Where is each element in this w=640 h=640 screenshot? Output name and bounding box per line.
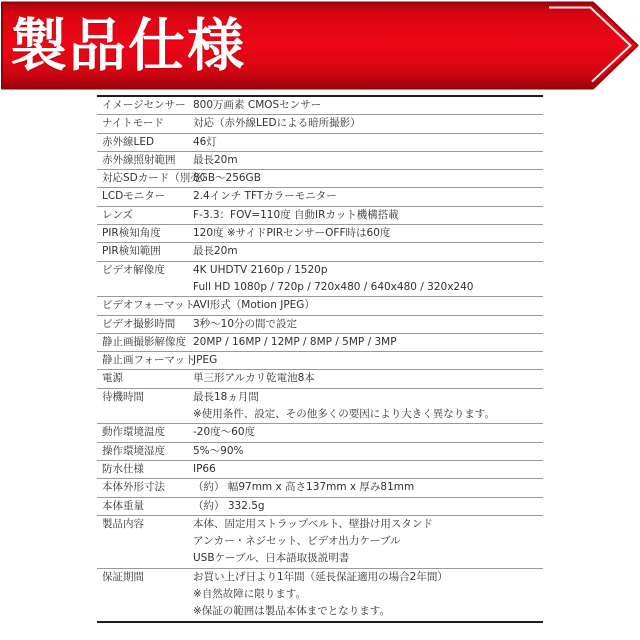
spec-row: 製品内容本体、固定用ストラップベルト、壁掛け用スタンドアンカー・ネジセット、ビデ… bbox=[97, 515, 543, 568]
spec-label: 静止画フォーマット bbox=[97, 352, 193, 369]
spec-row: 赤外線LED46灯 bbox=[97, 133, 543, 151]
spec-label: レンズ bbox=[97, 207, 193, 224]
spec-value: 最長18ヵ月間※使用条件、設定、その他多くの要因により大きく異なります。 bbox=[193, 389, 543, 424]
spec-value: お買い上げ日より1年間（延長保証適用の場合2年間）※自然故障に限ります。※保証の… bbox=[193, 569, 543, 621]
spec-row: ビデオ撮影時間3秒～10分の間で設定 bbox=[97, 315, 543, 333]
spec-value-line: ※自然故障に限ります。 bbox=[193, 586, 543, 603]
spec-table: イメージセンサー800万画素 CMOSセンサーナイトモード対応（赤外線LEDによ… bbox=[97, 95, 543, 623]
spec-value: 800万画素 CMOSセンサー bbox=[193, 97, 543, 114]
spec-row: 赤外線照射範囲最長20m bbox=[97, 151, 543, 169]
spec-value: 46灯 bbox=[193, 134, 543, 151]
spec-value-line: Full HD 1080p / 720p / 720x480 / 640x480… bbox=[193, 279, 543, 296]
spec-value-line: 4K UHDTV 2160p / 1520p bbox=[193, 262, 543, 279]
spec-label: 防水仕様 bbox=[97, 461, 193, 478]
spec-value: JPEG bbox=[193, 352, 543, 369]
spec-value: 4K UHDTV 2160p / 1520pFull HD 1080p / 72… bbox=[193, 262, 543, 297]
spec-value-line: ※使用条件、設定、その他多くの要因により大きく異なります。 bbox=[193, 406, 543, 423]
spec-value: 対応（赤外線LEDによる暗所撮影） bbox=[193, 115, 543, 132]
spec-value-line: IP66 bbox=[193, 461, 543, 478]
spec-row: 防水仕様IP66 bbox=[97, 460, 543, 478]
spec-value-line: 46灯 bbox=[193, 134, 543, 151]
spec-value: 8GB～256GB bbox=[193, 170, 543, 187]
spec-value: AVI形式（Motion JPEG） bbox=[193, 297, 543, 314]
spec-row: ナイトモード対応（赤外線LEDによる暗所撮影） bbox=[97, 114, 543, 132]
spec-label: 保証期間 bbox=[97, 569, 193, 586]
spec-value: 3秒～10分の間で設定 bbox=[193, 316, 543, 333]
spec-value-line: 8GB～256GB bbox=[193, 170, 543, 187]
spec-label: ビデオフォーマット bbox=[97, 297, 193, 314]
spec-value: 本体、固定用ストラップベルト、壁掛け用スタンドアンカー・ネジセット、ビデオ出力ケ… bbox=[193, 516, 543, 568]
spec-value-line: アンカー・ネジセット、ビデオ出力ケーブル bbox=[193, 533, 543, 550]
spec-label: ビデオ撮影時間 bbox=[97, 316, 193, 333]
spec-value: F-3.3：FOV=110度 自動IRカット機構搭載 bbox=[193, 207, 543, 224]
spec-value-line: 単三形アルカリ乾電池8本 bbox=[193, 370, 543, 387]
spec-row: ビデオフォーマットAVI形式（Motion JPEG） bbox=[97, 296, 543, 314]
spec-label: ビデオ解像度 bbox=[97, 262, 193, 279]
spec-value: 5%～90% bbox=[193, 443, 543, 460]
spec-value-line: USBケーブル、日本語取扱説明書 bbox=[193, 550, 543, 567]
spec-label: 電源 bbox=[97, 370, 193, 387]
spec-value-line: AVI形式（Motion JPEG） bbox=[193, 297, 543, 314]
spec-value: （約） 幅97mm x 高さ137mm x 厚み81mm bbox=[193, 479, 543, 496]
spec-label: PIR検知角度 bbox=[97, 225, 193, 242]
spec-row: PIR検知角度120度 ※サイドPIRセンサーOFF時は60度 bbox=[97, 224, 543, 242]
spec-value-line: 3秒～10分の間で設定 bbox=[193, 316, 543, 333]
spec-value: （約） 332.5g bbox=[193, 498, 543, 515]
spec-row: 待機時間最長18ヵ月間※使用条件、設定、その他多くの要因により大きく異なります。 bbox=[97, 388, 543, 424]
spec-value: 単三形アルカリ乾電池8本 bbox=[193, 370, 543, 387]
spec-label: LCDモニター bbox=[97, 188, 193, 205]
spec-value: 20MP / 16MP / 12MP / 8MP / 5MP / 3MP bbox=[193, 334, 543, 351]
spec-value-line: 5%～90% bbox=[193, 443, 543, 460]
spec-label: 赤外線照射範囲 bbox=[97, 152, 193, 169]
spec-label: 動作環境温度 bbox=[97, 424, 193, 441]
spec-label: 本体外形寸法 bbox=[97, 479, 193, 496]
spec-row: イメージセンサー800万画素 CMOSセンサー bbox=[97, 97, 543, 114]
page-title: 製品仕様 bbox=[10, 14, 246, 78]
spec-label: 赤外線LED bbox=[97, 134, 193, 151]
spec-value-line: お買い上げ日より1年間（延長保証適用の場合2年間） bbox=[193, 569, 543, 586]
spec-value: 2.4インチ TFTカラーモニター bbox=[193, 188, 543, 205]
spec-row: 動作環境温度-20度～60度 bbox=[97, 423, 543, 441]
spec-row: 静止画撮影解像度20MP / 16MP / 12MP / 8MP / 5MP /… bbox=[97, 333, 543, 351]
spec-value-line: 2.4インチ TFTカラーモニター bbox=[193, 188, 543, 205]
spec-label: 対応SDカード（別売） bbox=[97, 170, 193, 187]
spec-label: 製品内容 bbox=[97, 516, 193, 533]
spec-label: PIR検知範囲 bbox=[97, 243, 193, 260]
spec-label: 操作環境湿度 bbox=[97, 443, 193, 460]
spec-label: 本体重量 bbox=[97, 498, 193, 515]
spec-value-line: ※保証の範囲は製品本体までとなります。 bbox=[193, 603, 543, 620]
spec-label: イメージセンサー bbox=[97, 97, 193, 114]
spec-value-line: （約） 332.5g bbox=[193, 498, 543, 515]
spec-value-line: 本体、固定用ストラップベルト、壁掛け用スタンド bbox=[193, 516, 543, 533]
spec-row: ビデオ解像度4K UHDTV 2160p / 1520pFull HD 1080… bbox=[97, 261, 543, 297]
spec-row: 静止画フォーマットJPEG bbox=[97, 351, 543, 369]
spec-row: PIR検知範囲最長20m bbox=[97, 242, 543, 260]
spec-row: 保証期間お買い上げ日より1年間（延長保証適用の場合2年間）※自然故障に限ります。… bbox=[97, 568, 543, 621]
spec-row: レンズF-3.3：FOV=110度 自動IRカット機構搭載 bbox=[97, 206, 543, 224]
spec-value-line: JPEG bbox=[193, 352, 543, 369]
spec-value-line: 最長18ヵ月間 bbox=[193, 389, 543, 406]
spec-row: 電源単三形アルカリ乾電池8本 bbox=[97, 369, 543, 387]
spec-row: 操作環境湿度5%～90% bbox=[97, 442, 543, 460]
page: 製品仕様 イメージセンサー800万画素 CMOSセンサーナイトモード対応（赤外線… bbox=[0, 0, 640, 640]
spec-row: 対応SDカード（別売）8GB～256GB bbox=[97, 169, 543, 187]
spec-label: 静止画撮影解像度 bbox=[97, 334, 193, 351]
spec-label: 待機時間 bbox=[97, 389, 193, 406]
spec-value: 最長20m bbox=[193, 152, 543, 169]
spec-value: -20度～60度 bbox=[193, 424, 543, 441]
title-banner: 製品仕様 bbox=[0, 0, 640, 92]
spec-value-line: 最長20m bbox=[193, 243, 543, 260]
spec-value: IP66 bbox=[193, 461, 543, 478]
spec-value-line: 最長20m bbox=[193, 152, 543, 169]
spec-row: 本体外形寸法（約） 幅97mm x 高さ137mm x 厚み81mm bbox=[97, 478, 543, 496]
spec-value-line: 800万画素 CMOSセンサー bbox=[193, 97, 543, 114]
spec-value-line: （約） 幅97mm x 高さ137mm x 厚み81mm bbox=[193, 479, 543, 496]
spec-label: ナイトモード bbox=[97, 115, 193, 132]
spec-row: 本体重量（約） 332.5g bbox=[97, 497, 543, 515]
spec-value-line: 120度 ※サイドPIRセンサーOFF時は60度 bbox=[193, 225, 543, 242]
spec-value: 最長20m bbox=[193, 243, 543, 260]
spec-row: LCDモニター2.4インチ TFTカラーモニター bbox=[97, 187, 543, 205]
spec-value-line: 対応（赤外線LEDによる暗所撮影） bbox=[193, 115, 543, 132]
spec-value: 120度 ※サイドPIRセンサーOFF時は60度 bbox=[193, 225, 543, 242]
spec-value-line: -20度～60度 bbox=[193, 424, 543, 441]
spec-value-line: 20MP / 16MP / 12MP / 8MP / 5MP / 3MP bbox=[193, 334, 543, 351]
spec-value-line: F-3.3：FOV=110度 自動IRカット機構搭載 bbox=[193, 207, 543, 224]
